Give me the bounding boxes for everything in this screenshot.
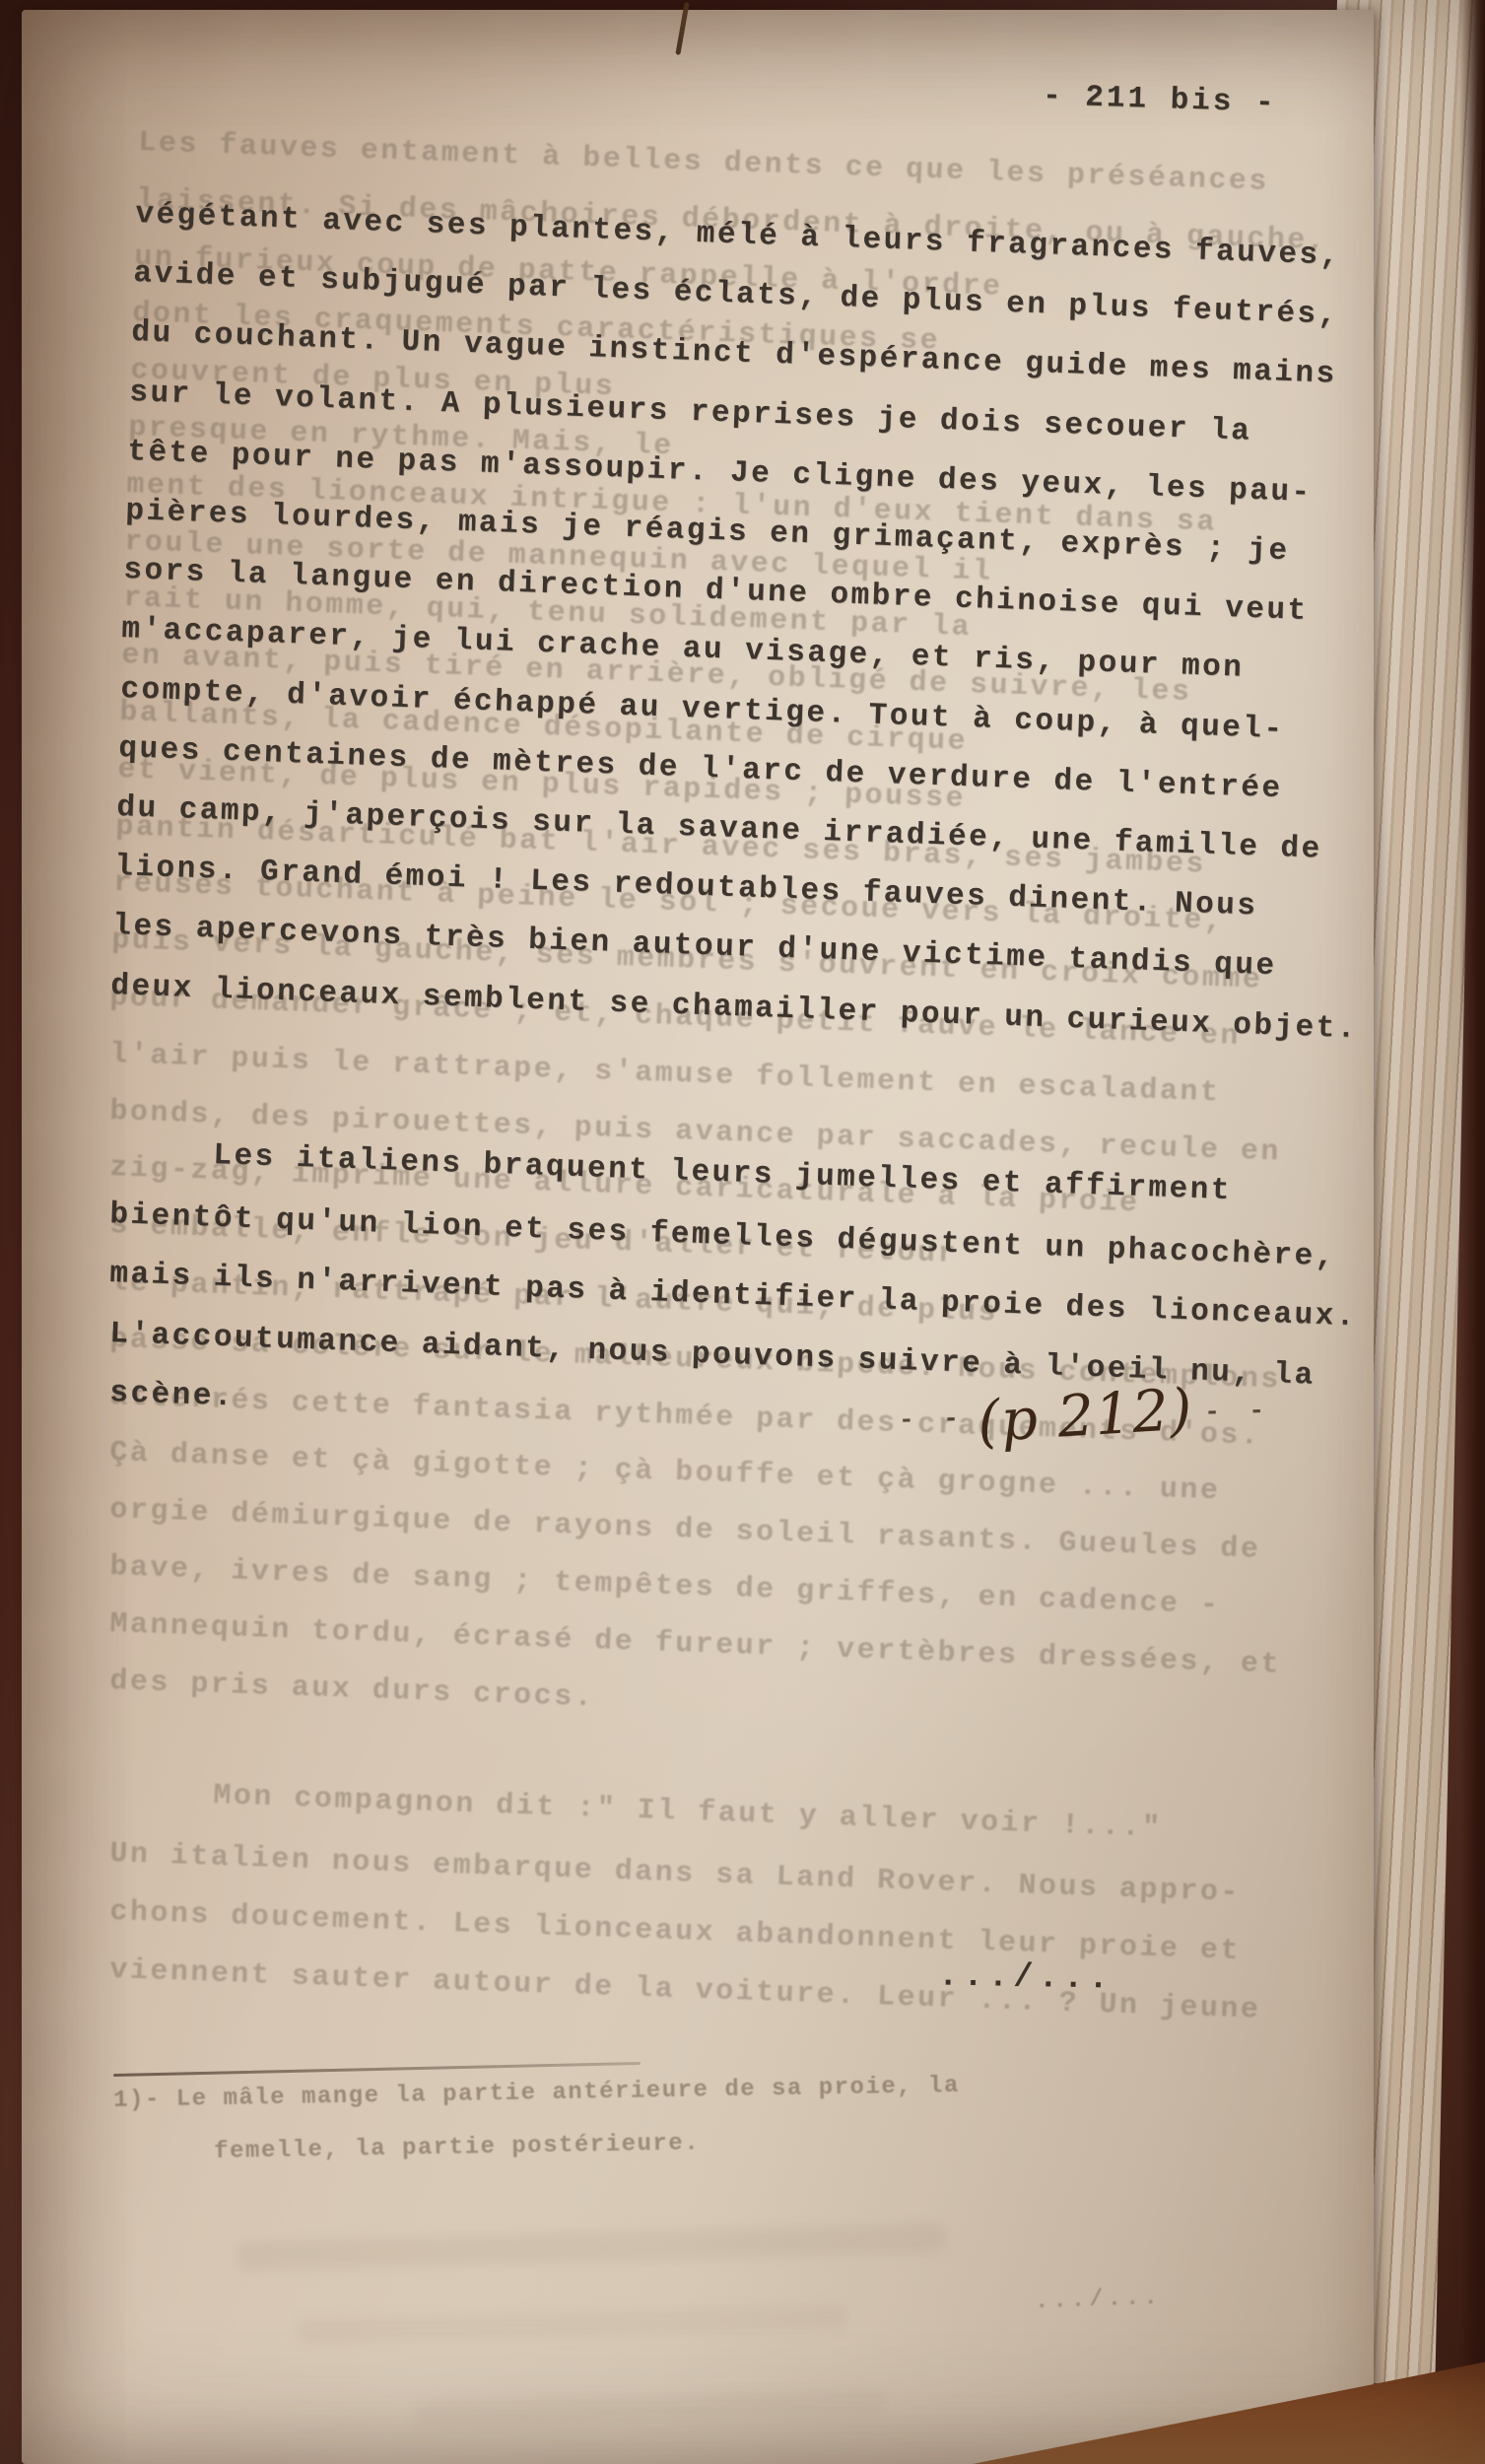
page-content: - 211 bis - Les fauves entament à belles… xyxy=(0,0,1485,2464)
handwritten-text: (p 212) xyxy=(976,1375,1194,1455)
footnote-rule xyxy=(113,2062,641,2077)
ink-smudge xyxy=(236,2224,947,2272)
ghost-line: l'air puis le rattrape, s'amuse follemen… xyxy=(109,1038,1221,1110)
ink-smudge xyxy=(296,2304,847,2345)
typed-line: scène. xyxy=(109,1376,236,1414)
page-number: - 211 bis - xyxy=(1043,79,1278,120)
ghost-line: Un italien nous embarque dans sa Land Ro… xyxy=(109,1837,1242,1910)
footnote-line: 1)- Le mâle mange la partie antérieure d… xyxy=(113,2073,960,2114)
ink-smudge xyxy=(414,2389,887,2426)
dash-mark: - - xyxy=(899,1403,967,1435)
ghost-line: chons doucement. Les lionceaux abandonne… xyxy=(109,1895,1242,1968)
footnote-line: femelle, la partie postérieure. xyxy=(214,2130,700,2165)
ghost-line: des pris aux durs crocs. xyxy=(109,1665,595,1715)
ghost-continuation-mark: .../... xyxy=(1035,2285,1163,2315)
pen-stroke-icon xyxy=(675,2,689,55)
ghost-line: Les fauves entament à belles dents ce qu… xyxy=(138,126,1270,199)
photo-background: - 211 bis - Les fauves entament à belles… xyxy=(0,0,1485,2464)
ghost-line: bave, ivres de sang ; tempêtes de griffe… xyxy=(109,1550,1221,1622)
handwritten-page-ref: - - (p 212) - - xyxy=(898,1377,1272,1454)
continuation-mark: .../... xyxy=(938,1957,1114,1998)
ghost-line: Mon compagnon dit :" Il faut y aller voi… xyxy=(213,1779,1163,1846)
dash-mark: - - xyxy=(1204,1396,1272,1427)
